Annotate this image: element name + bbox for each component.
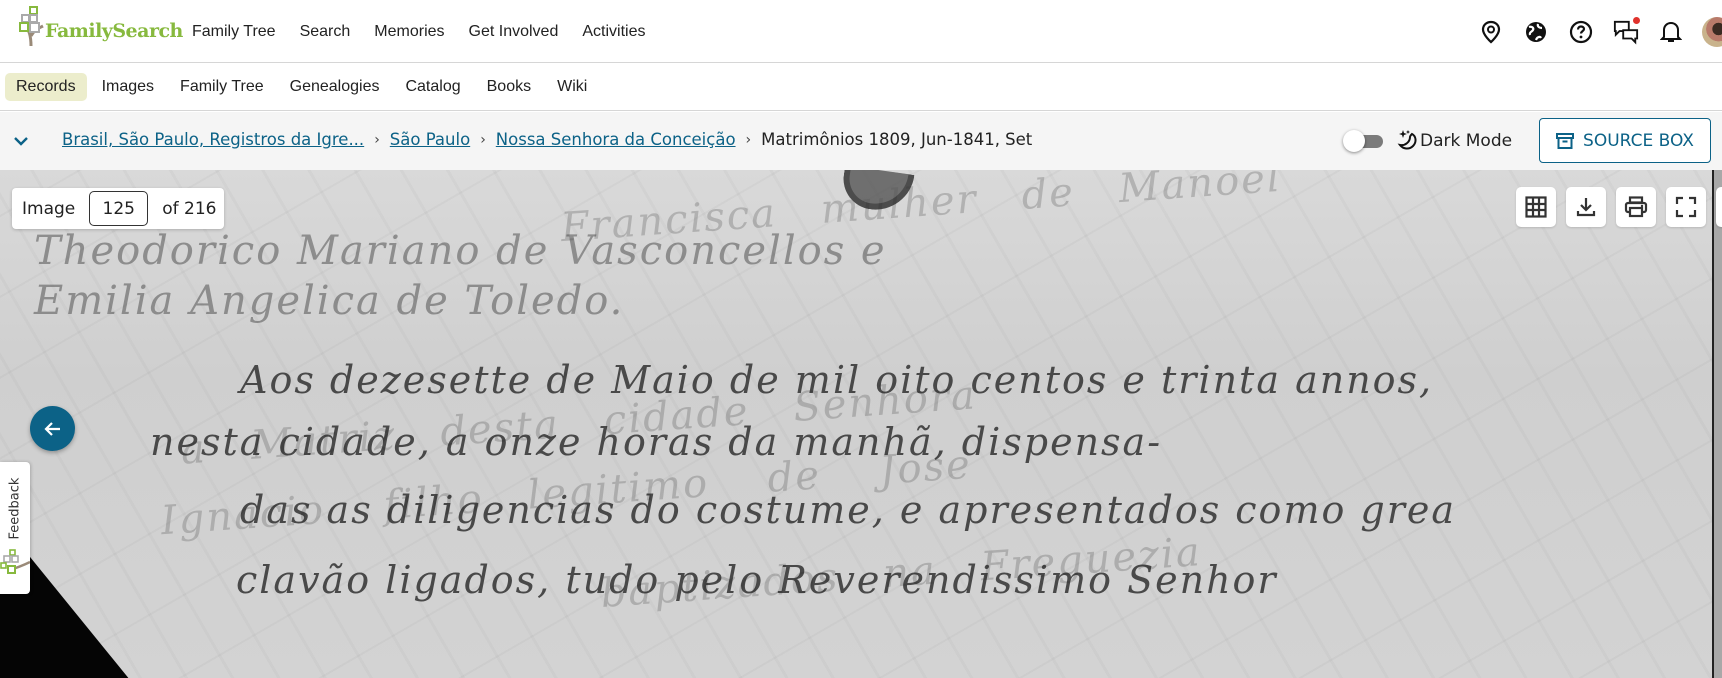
tab-books[interactable]: Books <box>476 73 542 101</box>
globe-icon[interactable] <box>1523 19 1549 45</box>
breadcrumb-parish[interactable]: Nossa Senhora da Conceição <box>496 130 736 149</box>
feedback-label: Feedback <box>8 477 23 539</box>
top-navigation: FamilySearch Family Tree Search Memories… <box>0 0 1722 63</box>
image-label: Image <box>22 199 75 219</box>
more-tools-button[interactable] <box>1716 187 1722 227</box>
tab-images[interactable]: Images <box>91 73 165 101</box>
fullscreen-button[interactable] <box>1666 187 1706 227</box>
chevron-down-icon[interactable] <box>11 131 31 151</box>
nav-family-tree[interactable]: Family Tree <box>192 23 276 41</box>
download-icon <box>1575 196 1597 218</box>
breadcrumb-separator: › <box>746 132 752 148</box>
fullscreen-icon <box>1675 196 1697 218</box>
primary-nav: Family Tree Search Memories Get Involved… <box>192 0 669 63</box>
tab-catalog[interactable]: Catalog <box>394 73 471 101</box>
arrow-left-icon <box>43 419 63 439</box>
dark-mode-toggle[interactable] <box>1343 130 1385 152</box>
handwriting-line: Emilia Angelica de Toledo. <box>34 278 624 324</box>
user-avatar[interactable] <box>1702 17 1722 47</box>
tab-records[interactable]: Records <box>5 73 87 101</box>
handwriting-line: clavão ligados, tudo pelo Reverendissimo… <box>236 558 1278 602</box>
nav-memories[interactable]: Memories <box>374 23 444 41</box>
page-edge <box>1714 170 1722 678</box>
feedback-tab[interactable]: Feedback <box>0 462 30 594</box>
previous-image-button[interactable] <box>30 406 75 451</box>
grid-view-icon <box>1525 196 1547 218</box>
location-pin-icon[interactable] <box>1478 19 1504 45</box>
handwriting-line: Theodorico Mariano de Vasconcellos e <box>34 228 887 274</box>
image-total: of 216 <box>162 199 216 219</box>
tab-family-tree[interactable]: Family Tree <box>169 73 275 101</box>
record-image-viewer[interactable]: Francisca mulher de Manoel a Matriz dest… <box>0 170 1722 678</box>
breadcrumb-separator: › <box>374 132 380 148</box>
toggle-knob <box>1343 130 1365 152</box>
image-number-input[interactable] <box>89 191 148 226</box>
dark-mode-label: Dark Mode <box>1420 131 1512 151</box>
brand-name: FamilySearch <box>45 20 183 42</box>
unread-indicator <box>1633 17 1640 24</box>
viewer-toolbar <box>1516 187 1722 227</box>
source-box-button[interactable]: SOURCE BOX <box>1539 118 1711 163</box>
handwriting-line: das as diligencias do costume, e apresen… <box>240 488 1456 532</box>
print-icon <box>1624 196 1648 218</box>
nav-search[interactable]: Search <box>300 23 351 41</box>
breadcrumb-collection[interactable]: Brasil, São Paulo, Registros da Igre... <box>62 130 364 149</box>
handwriting-line: nesta cidade, a onze horas da manhã, dis… <box>150 420 1162 464</box>
image-page-navigator: Image of 216 <box>12 188 224 229</box>
messages-icon[interactable] <box>1613 19 1639 45</box>
source-box-label: SOURCE BOX <box>1583 131 1694 151</box>
download-button[interactable] <box>1566 187 1606 227</box>
archive-box-icon <box>1556 133 1574 149</box>
moon-stars-icon <box>1396 128 1422 157</box>
breadcrumb-locality[interactable]: São Paulo <box>390 130 470 149</box>
dark-mode-control: Dark Mode <box>1343 126 1512 156</box>
help-icon[interactable] <box>1568 19 1594 45</box>
familysearch-logo[interactable]: FamilySearch <box>19 6 183 46</box>
nav-get-involved[interactable]: Get Involved <box>469 23 559 41</box>
breadcrumb-separator: › <box>480 132 486 148</box>
breadcrumb: Brasil, São Paulo, Registros da Igre... … <box>62 130 1032 149</box>
print-button[interactable] <box>1616 187 1656 227</box>
tab-wiki[interactable]: Wiki <box>546 73 598 101</box>
records-subnav: Records Images Family Tree Genealogies C… <box>0 64 1722 111</box>
nav-activities[interactable]: Activities <box>582 23 645 41</box>
tab-genealogies[interactable]: Genealogies <box>279 73 391 101</box>
handwriting-line: Aos dezesette de Maio de mil oito centos… <box>240 358 1433 402</box>
header-icons <box>1459 0 1722 63</box>
grid-view-button[interactable] <box>1516 187 1556 227</box>
breadcrumb-current: Matrimônios 1809, Jun-1841, Set <box>761 130 1032 149</box>
notifications-bell-icon[interactable] <box>1658 19 1684 45</box>
breadcrumb-bar: Brasil, São Paulo, Registros da Igre... … <box>0 112 1722 170</box>
tree-logo-icon <box>19 6 47 46</box>
familysearch-tree-icon <box>0 548 30 583</box>
